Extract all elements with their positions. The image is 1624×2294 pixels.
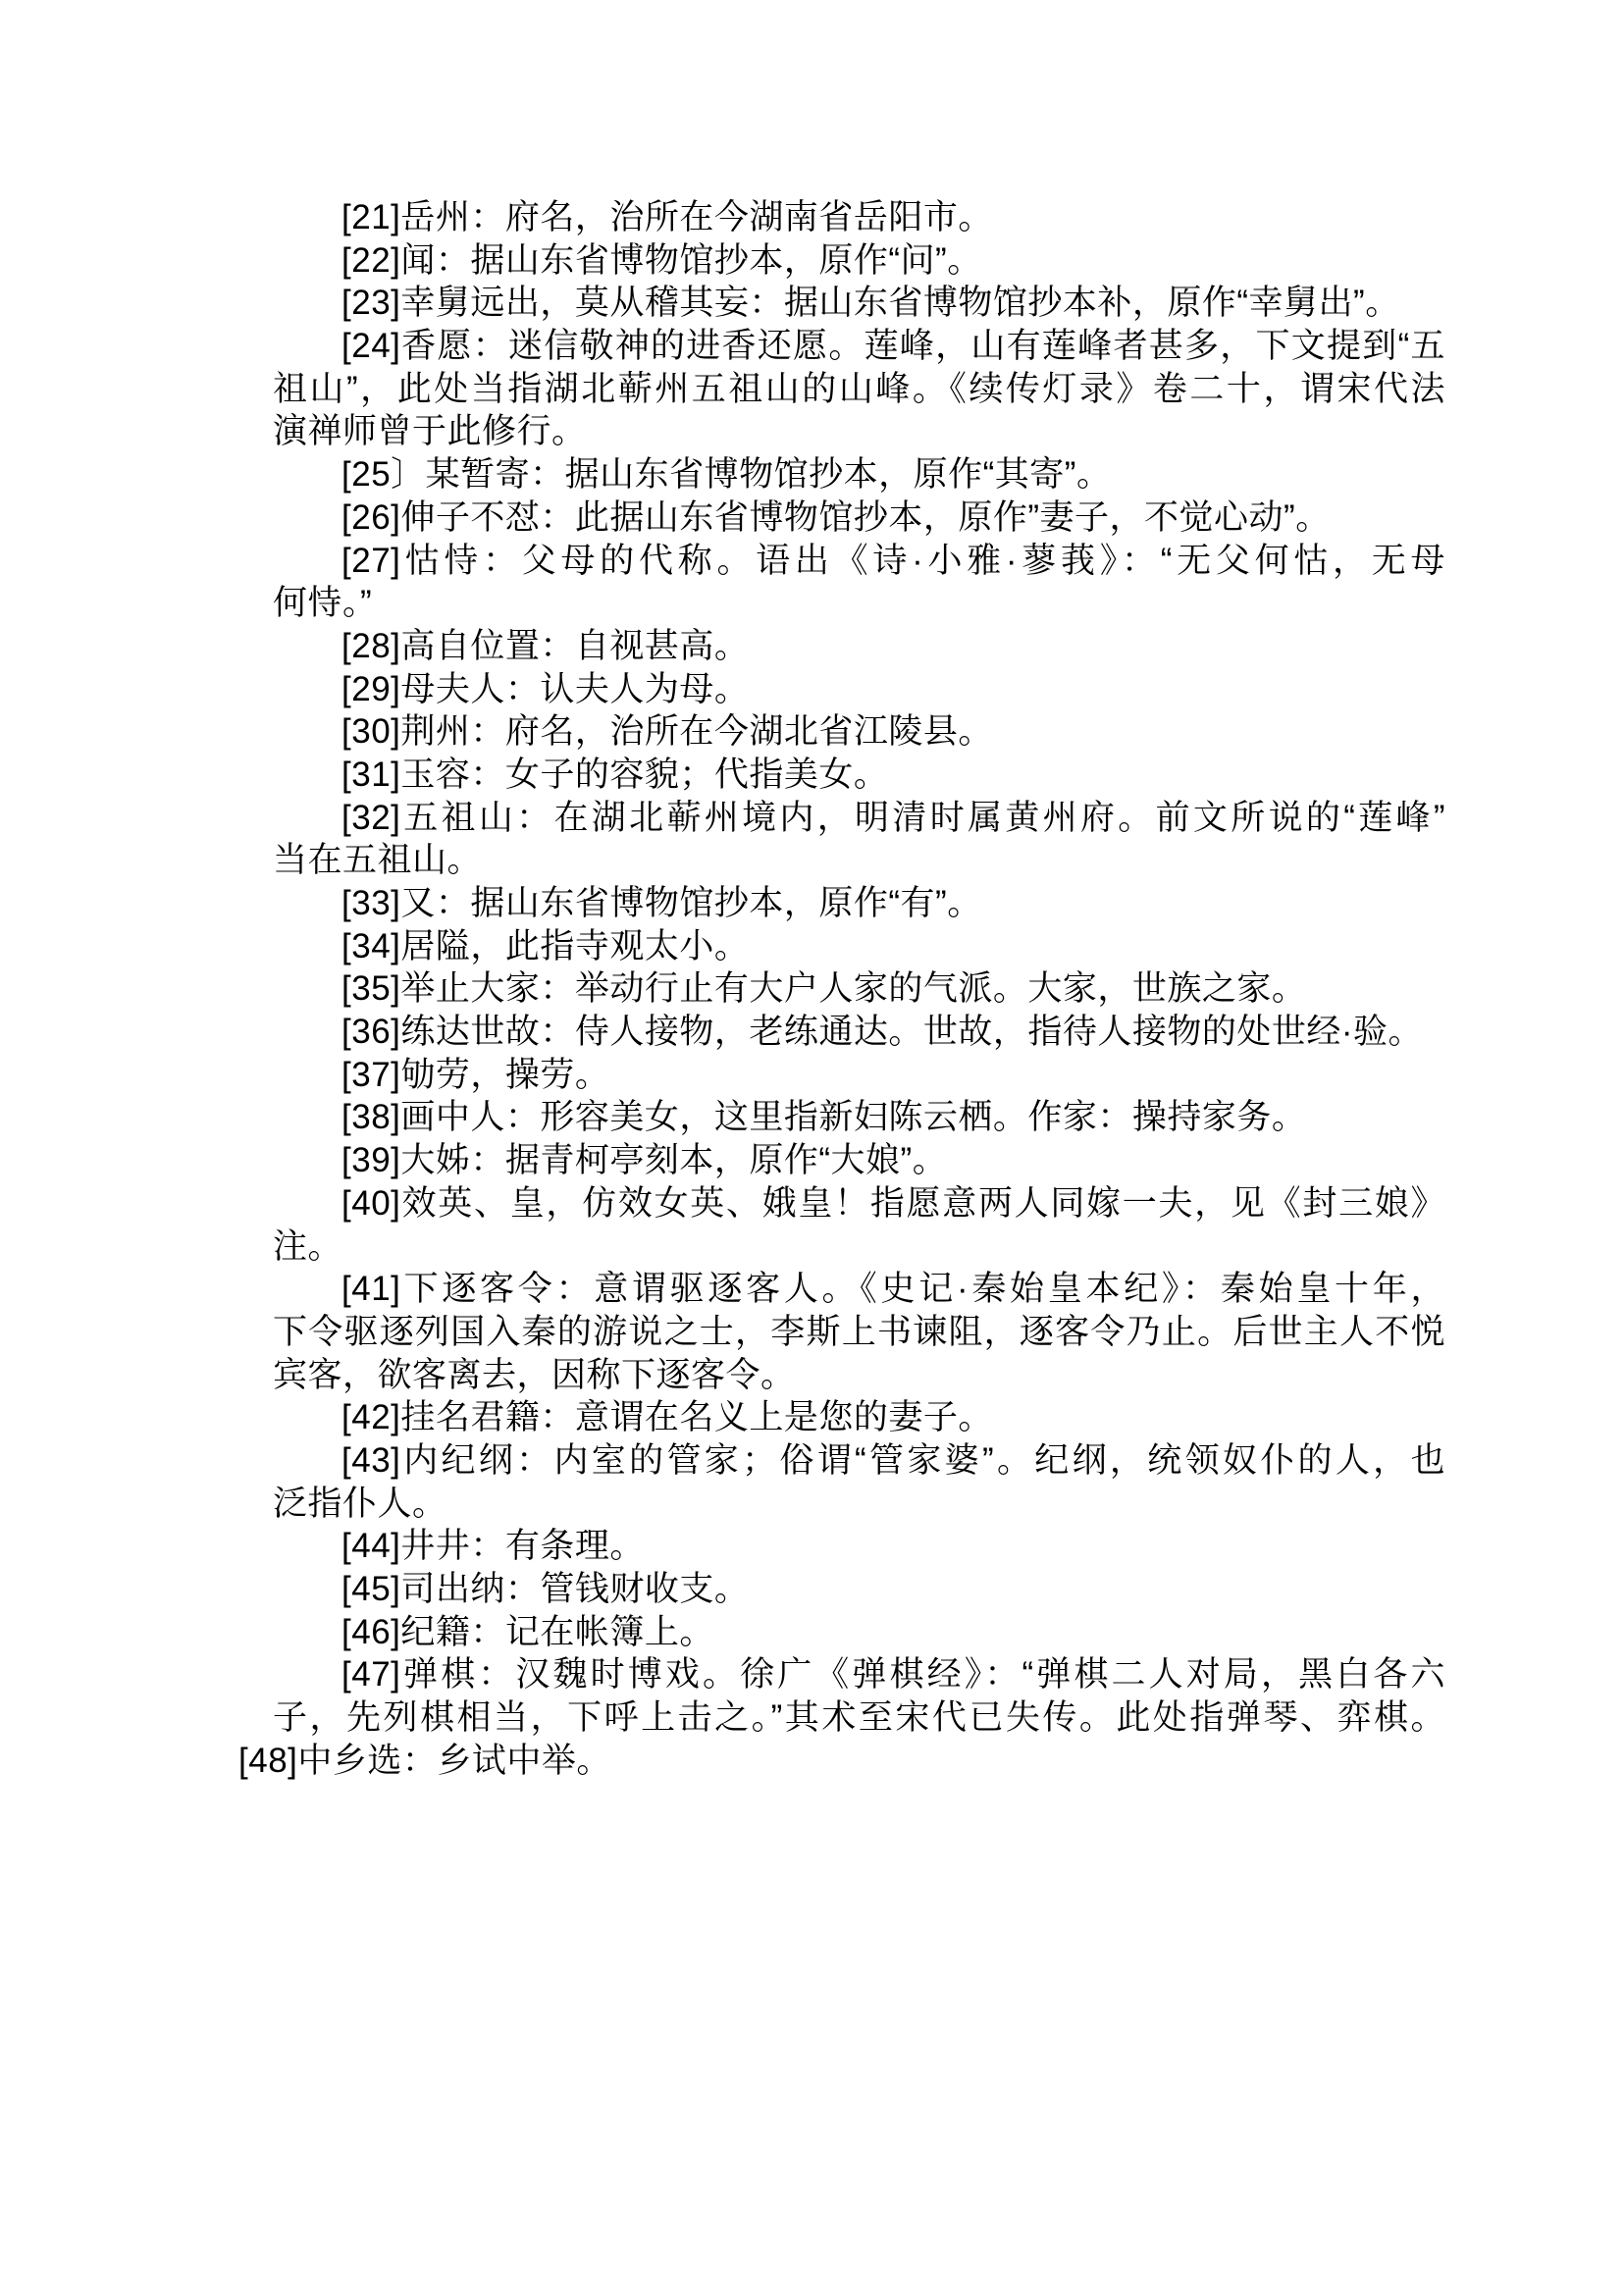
text-line: 演禅师曾于此修行。 [238,410,1445,453]
text-line: [28]高自位置：自视甚高。 [238,625,1445,668]
text-line: [40]效英、皇，仿效女英、娥皇！指愿意两人同嫁一夫，见《封三娘》 [238,1182,1445,1225]
text-line: [36]练达世故：侍人接物，老练通达。世故，指待人接物的处世经·验。 [238,1011,1445,1054]
text-line: [30]荆州：府名，治所在今湖北省江陵县。 [238,710,1445,754]
text-line: 注。 [238,1225,1445,1269]
text-line: [32]五祖山：在湖北蕲州境内，明清时属黄州府。前文所说的“莲峰” [238,797,1445,840]
text-line: [23]幸舅远出，莫从稽其妄：据山东省博物馆抄本补，原作“幸舅出”。 [238,282,1445,325]
document-page: [21]岳州：府名，治所在今湖南省岳阳市。[22]闻：据山东省博物馆抄本，原作“… [238,196,1445,1782]
text-line: [27]怙恃：父母的代称。语出《诗·小雅·蓼莪》：“无父何怙，无母 [238,540,1445,583]
text-line: [33]又：据山东省博物馆抄本，原作“有”。 [238,882,1445,925]
text-line: [34]居隘，此指寺观太小。 [238,925,1445,968]
text-line: [37]劬劳，操劳。 [238,1054,1445,1097]
text-line: 下令驱逐列国入秦的游说之士，李斯上书谏阻，逐客令乃止。后世主人不悦 [238,1311,1445,1354]
text-line: [45]司出纳：管钱财收支。 [238,1568,1445,1611]
text-line: 何恃。” [238,582,1445,625]
text-line: [29]母夫人：认夫人为母。 [238,668,1445,711]
text-line: [47]弹棋：汉魏时博戏。徐广《弹棋经》：“弹棋二人对局，黑白各六 [238,1653,1445,1696]
text-line: [22]闻：据山东省博物馆抄本，原作“问”。 [238,239,1445,283]
text-line: 当在五祖山。 [238,839,1445,882]
text-line: [41]下逐客令：意谓驱逐客人。《史记·秦始皇本纪》：秦始皇十年， [238,1268,1445,1311]
text-line: 祖山”，此处当指湖北蕲州五祖山的山峰。《续传灯录》卷二十，谓宋代法 [238,368,1445,411]
text-line: [35]举止大家：举动行止有大户人家的气派。大家，世族之家。 [238,967,1445,1011]
text-line: 泛指仆人。 [238,1483,1445,1526]
text-line: 宾客，欲客离去，因称下逐客令。 [238,1354,1445,1397]
text-line: [21]岳州：府名，治所在今湖南省岳阳市。 [238,196,1445,239]
text-line: [39]大姊：据青柯亭刻本，原作“大娘”。 [238,1139,1445,1182]
text-line: [31]玉容：女子的容貌；代指美女。 [238,754,1445,797]
text-line: [46]纪籍：记在帐簿上。 [238,1611,1445,1654]
text-line: [42]挂名君籍：意谓在名义上是您的妻子。 [238,1396,1445,1439]
text-line: [24]香愿：迷信敬神的进香还愿。莲峰，山有莲峰者甚多，下文提到“五 [238,325,1445,368]
text-line: [26]伸子不怼：此据山东省博物馆抄本，原作”妻子，不觉心动”。 [238,496,1445,540]
text-line: [25〕某暂寄：据山东省博物馆抄本，原作“其寄”。 [238,453,1445,496]
text-line: [48]中乡选：乡试中举。 [238,1740,1445,1783]
text-line: [44]井井：有条理。 [238,1525,1445,1568]
text-line: 子，先列棋相当，下呼上击之。”其术至宋代已失传。此处指弹琴、弈棋。 [238,1696,1445,1740]
text-line: [38]画中人：形容美女，这里指新妇陈云栖。作家：操持家务。 [238,1096,1445,1139]
text-line: [43]内纪纲：内室的管家；俗谓“管家婆”。纪纲，统领奴仆的人，也 [238,1439,1445,1483]
